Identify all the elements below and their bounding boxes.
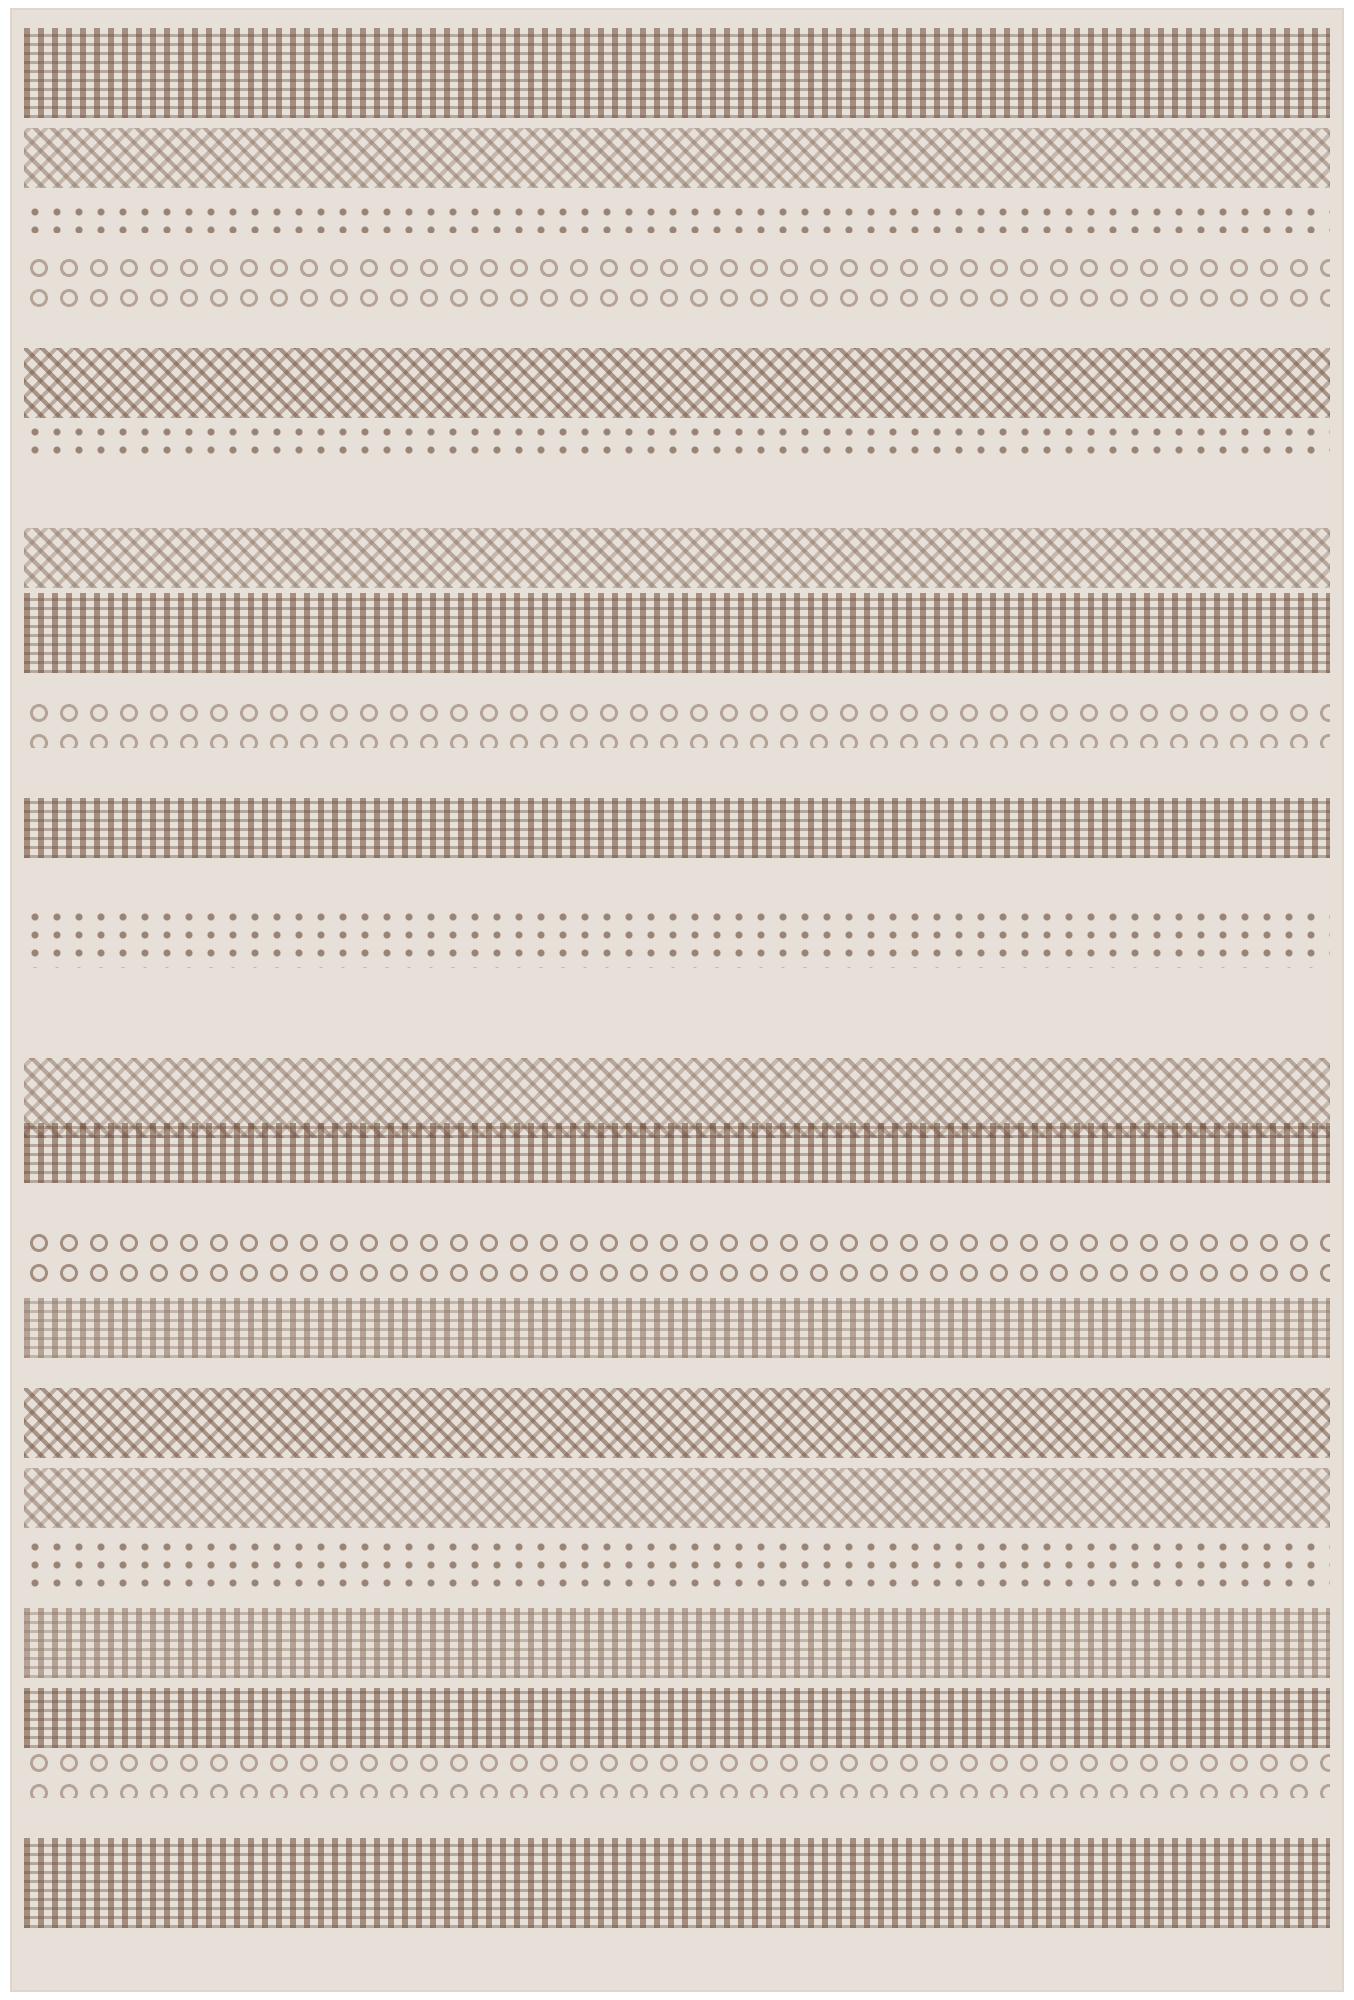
band-zigzag-triangles	[24, 1468, 1330, 1528]
band-zigzag-triangles	[24, 348, 1330, 418]
band-dot-row	[24, 203, 1330, 233]
band-chevrons	[24, 528, 1330, 588]
band-scroll-motifs	[24, 28, 1330, 118]
band-circles-arrows	[24, 593, 1330, 673]
band-geometric-glyphs	[24, 128, 1330, 188]
band-geometric-glyphs	[24, 1608, 1330, 1678]
band-spiral-squares	[24, 698, 1330, 748]
band-chevrons	[24, 1388, 1330, 1458]
rug: Rectangular area rug with distressed tri…	[10, 8, 1344, 1992]
band-dot-row	[24, 908, 1330, 968]
band-spiral-squares	[24, 253, 1330, 308]
band-scroll-motifs	[24, 1688, 1330, 1748]
band-dot-row	[24, 423, 1330, 463]
band-scroll-motifs	[24, 1838, 1330, 1928]
band-dot-row	[24, 1538, 1330, 1588]
band-scroll-motifs	[24, 798, 1330, 858]
band-scroll-motifs	[24, 1123, 1330, 1183]
band-circles-arrows	[24, 1298, 1330, 1358]
band-spiral-squares	[24, 1228, 1330, 1288]
band-spiral-squares	[24, 1748, 1330, 1798]
